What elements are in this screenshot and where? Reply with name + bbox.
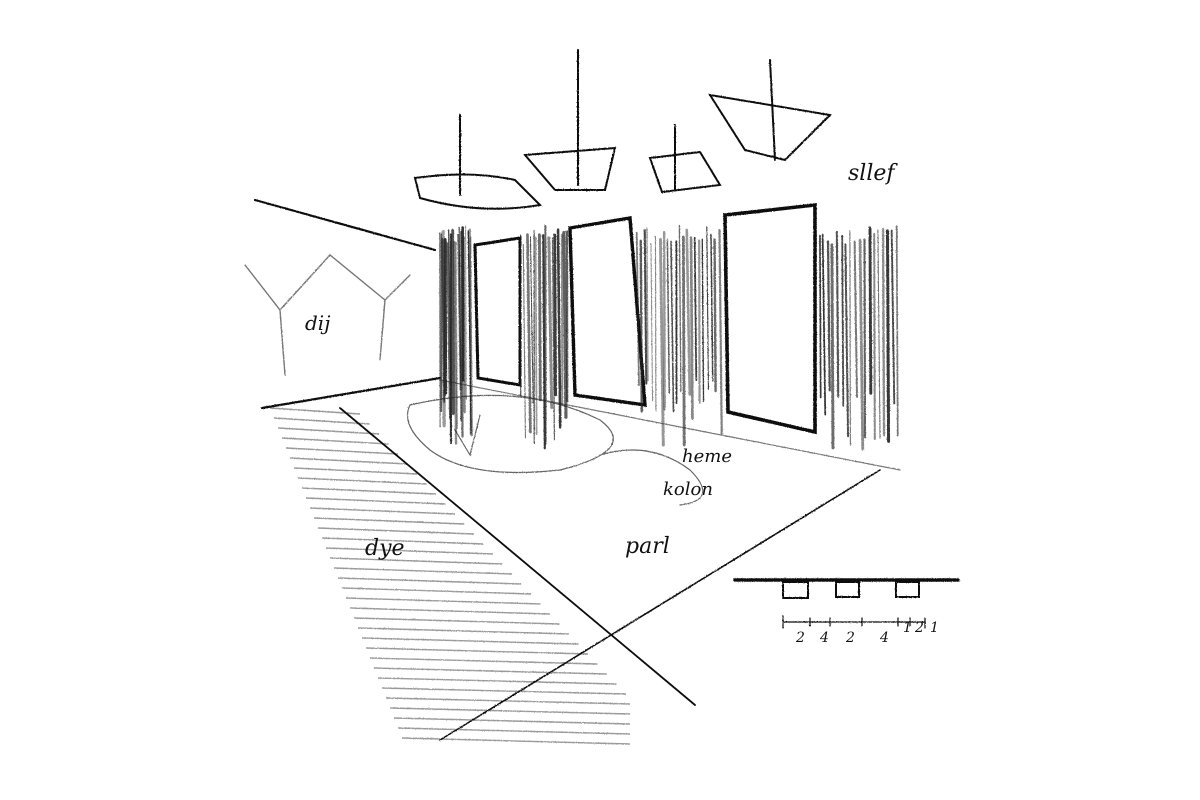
plan-column-2	[836, 582, 859, 597]
ceiling-lamp-2	[525, 50, 615, 190]
dimension-value: 1	[930, 620, 939, 636]
ceiling-lamp-1	[415, 115, 540, 209]
ceiling-lamp-3	[650, 125, 720, 192]
dimension-value: 1	[903, 620, 912, 636]
dimension-value: 2	[795, 630, 805, 646]
floor-front-edge	[440, 470, 880, 740]
dimension-value: 2	[845, 630, 855, 646]
dimension-value: 4	[879, 630, 889, 646]
architectural-sketch: sllef heme kolon dij dye parl 2424121	[0, 0, 1200, 800]
label-ceiling: sllef	[848, 161, 898, 186]
window-frame-3	[725, 205, 815, 432]
window-frame-1	[475, 238, 520, 385]
label-floor-right: parl	[625, 534, 670, 559]
plan-column-1	[783, 582, 808, 598]
ceiling-edge	[255, 200, 435, 250]
curtain-strokes	[440, 226, 898, 450]
dimension-value: 4	[819, 630, 829, 646]
plan-column-3	[896, 582, 919, 597]
label-column-line2: kolon	[663, 479, 713, 500]
label-column-line1: heme	[682, 446, 732, 467]
dimension-labels: 2424121	[795, 620, 939, 646]
wood-floor-hatching	[270, 408, 630, 744]
floor-right-edge	[440, 380, 900, 470]
label-floor-left: dye	[365, 536, 405, 561]
window-frame-2	[570, 218, 645, 405]
wall-floor-edge	[262, 378, 440, 408]
label-left-wall: dij	[305, 311, 330, 335]
ceiling-lamp-4	[710, 60, 830, 160]
dimension-value: 2	[914, 620, 924, 636]
